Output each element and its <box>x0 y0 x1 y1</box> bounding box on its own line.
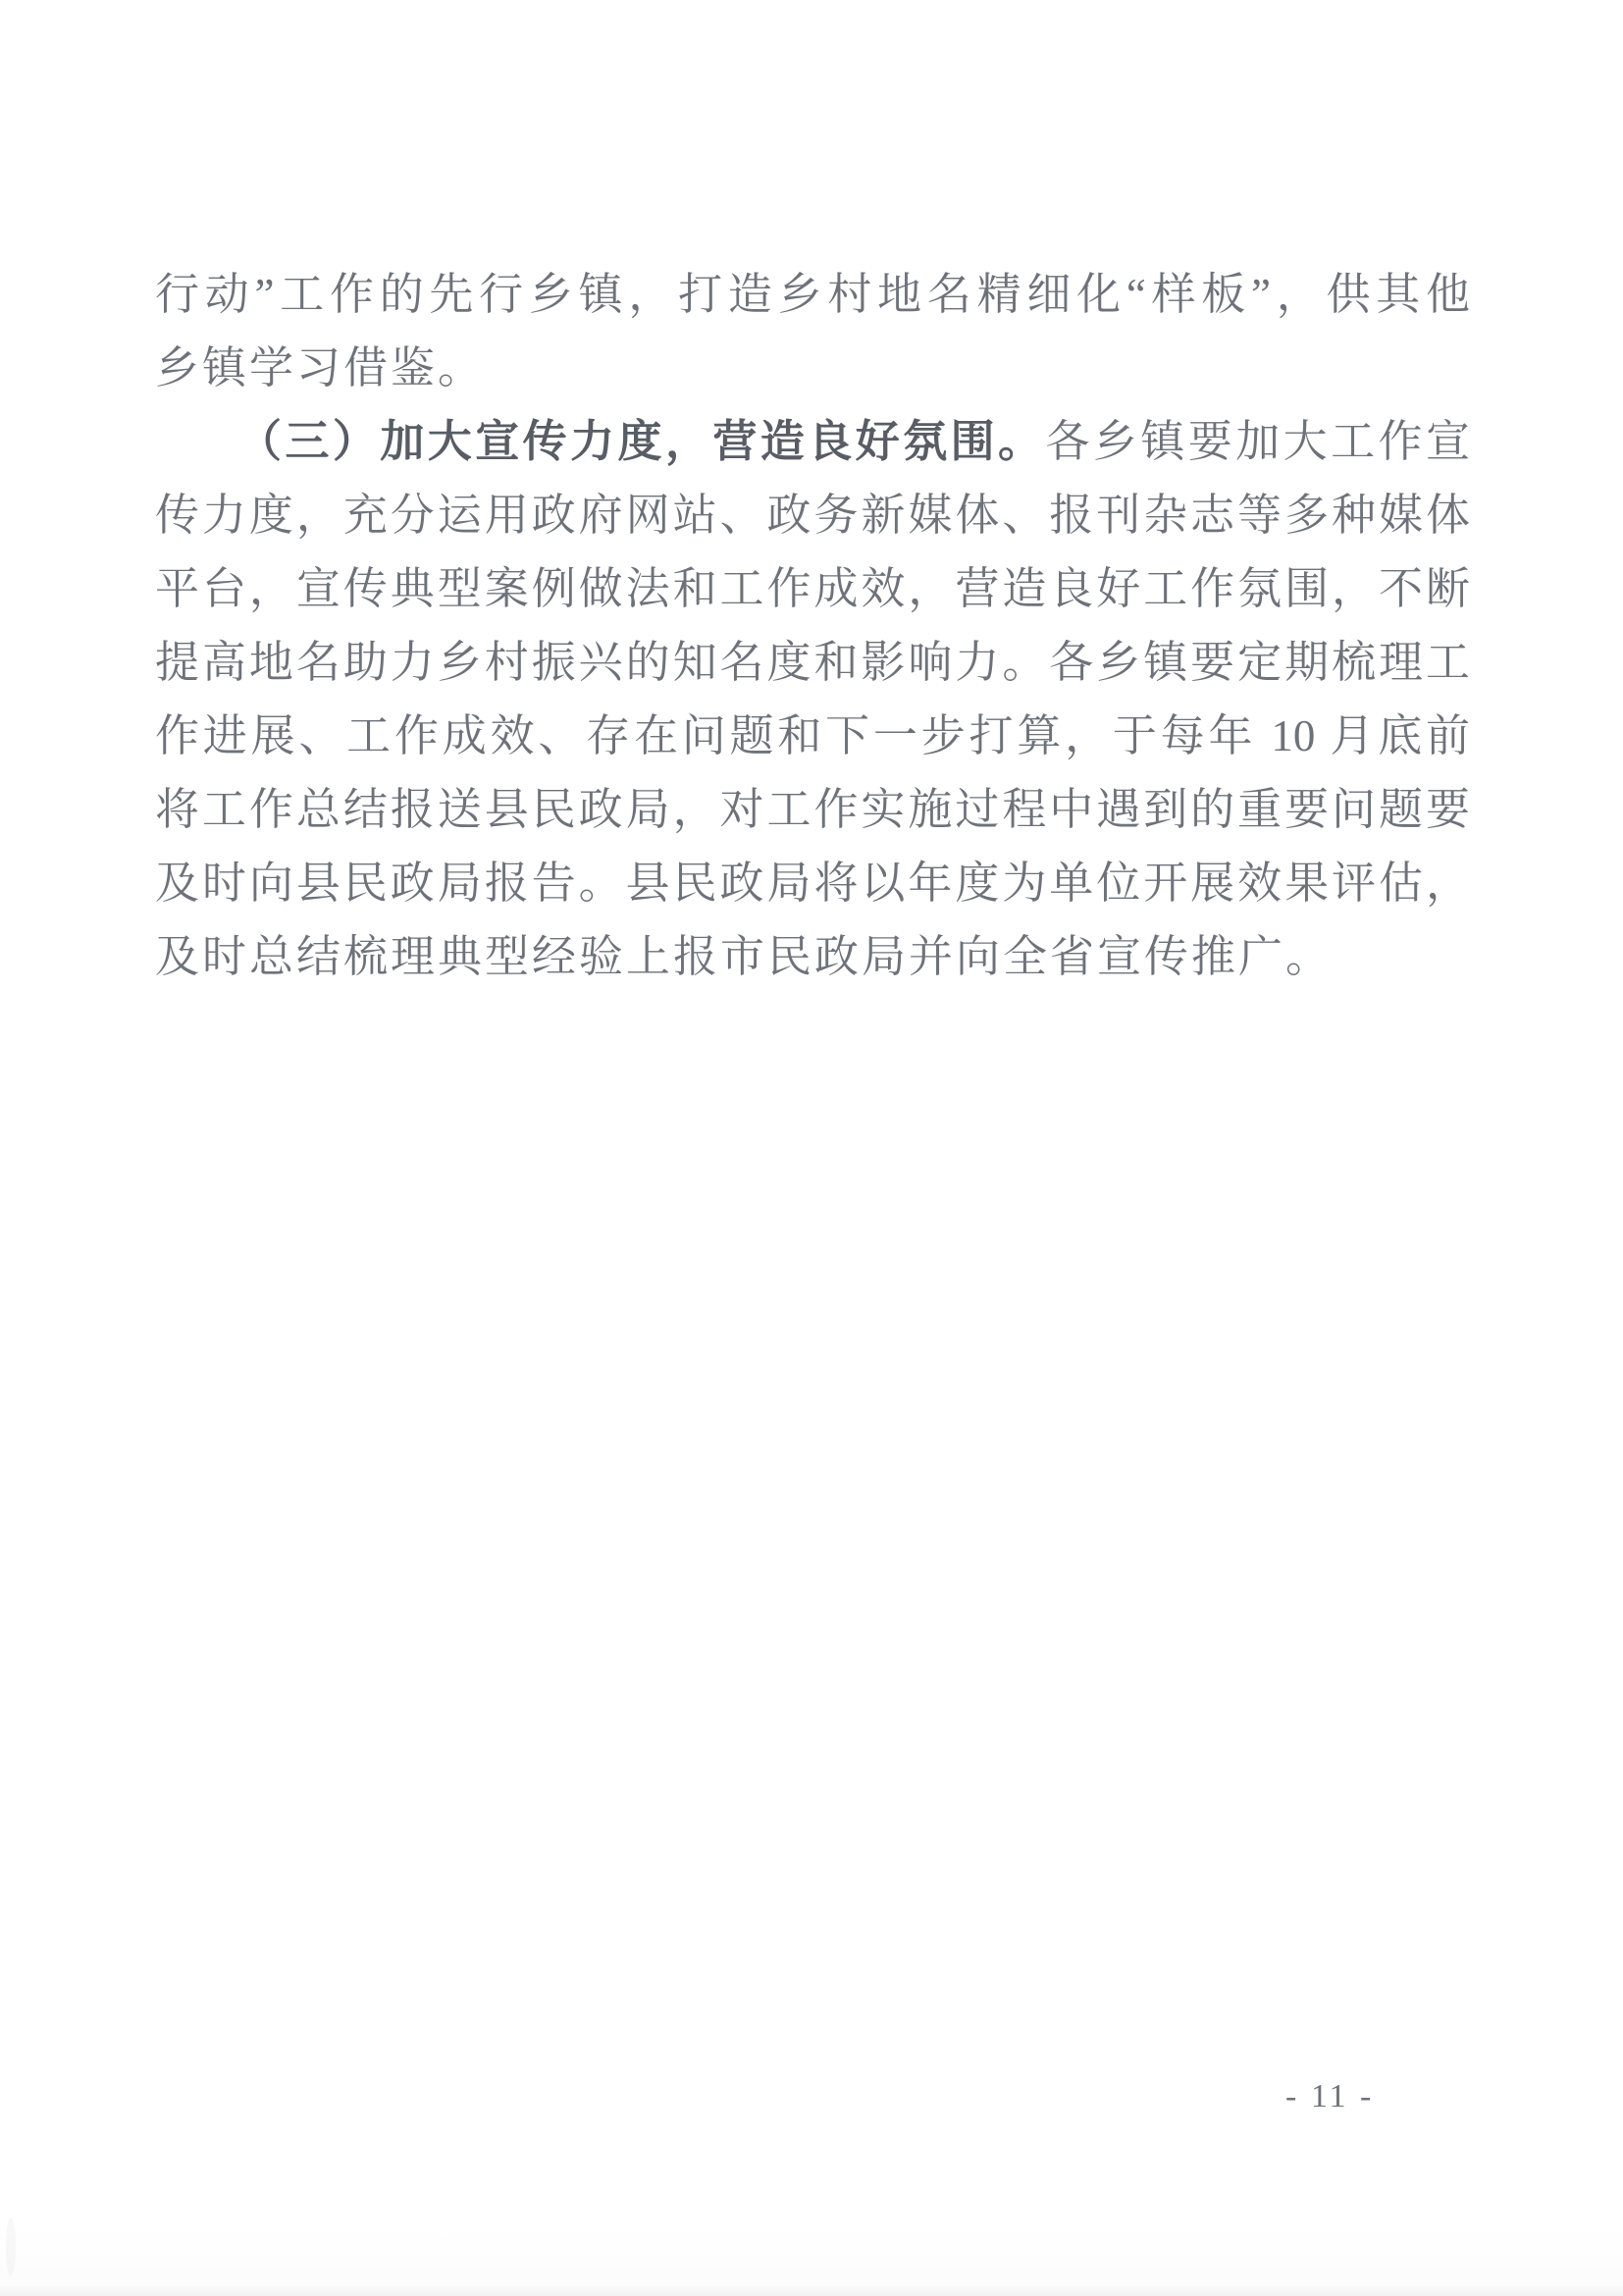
scan-smudge-artifact <box>6 2218 16 2276</box>
line-text: 传力度，充分运用政府网站、政务新媒体、报刊杂志等多种媒体 <box>155 491 1470 540</box>
line-text: 行动”工作的先行乡镇，打造乡村地名精细化“样板”，供其他 <box>155 270 1470 319</box>
document-line: 将工作总结报送县民政局，对工作实施过程中遇到的重要问题要 <box>155 773 1470 847</box>
line-text: 各乡镇要加大工作宣 <box>1045 417 1470 466</box>
document-line: 及时向县民政局报告。县民政局将以年度为单位开展效果评估， <box>155 847 1470 920</box>
document-line: 提高地名助力乡村振兴的知名度和影响力。各乡镇要定期梳理工 <box>155 626 1470 700</box>
section-heading-text: （三）加大宣传力度，营造良好氛围。 <box>237 417 1045 466</box>
line-text: 乡镇学习借鉴。 <box>155 343 485 392</box>
document-text-block: 行动”工作的先行乡镇，打造乡村地名精细化“样板”，供其他 乡镇学习借鉴。 （三）… <box>155 258 1470 994</box>
line-text: 作进展、工作成效、存在问题和下一步打算，于每年 10 月底前 <box>155 711 1470 760</box>
document-line: 平台，宣传典型案例做法和工作成效，营造良好工作氛围，不断 <box>155 552 1470 626</box>
line-text: 及时总结梳理典型经验上报市民政局并向全省宣传推广。 <box>155 932 1333 981</box>
document-page: 行动”工作的先行乡镇，打造乡村地名精细化“样板”，供其他 乡镇学习借鉴。 （三）… <box>0 0 1623 2296</box>
document-line-section-heading: （三）加大宣传力度，营造良好氛围。各乡镇要加大工作宣 <box>155 405 1470 479</box>
line-text: 平台，宣传典型案例做法和工作成效，营造良好工作氛围，不断 <box>155 564 1470 613</box>
document-line: 传力度，充分运用政府网站、政务新媒体、报刊杂志等多种媒体 <box>155 479 1470 552</box>
document-line: 及时总结梳理典型经验上报市民政局并向全省宣传推广。 <box>155 920 1470 994</box>
line-text: 及时向县民政局报告。县民政局将以年度为单位开展效果评估， <box>155 859 1470 908</box>
document-line: 行动”工作的先行乡镇，打造乡村地名精细化“样板”，供其他 <box>155 258 1470 332</box>
line-text: 提高地名助力乡村振兴的知名度和影响力。各乡镇要定期梳理工 <box>155 638 1470 687</box>
scan-edge-artifact <box>0 2286 1623 2296</box>
document-line: 作进展、工作成效、存在问题和下一步打算，于每年 10 月底前 <box>155 700 1470 773</box>
document-line: 乡镇学习借鉴。 <box>155 332 1470 405</box>
page-number: - 11 - <box>1285 2078 1374 2115</box>
line-text: 将工作总结报送县民政局，对工作实施过程中遇到的重要问题要 <box>155 785 1470 834</box>
